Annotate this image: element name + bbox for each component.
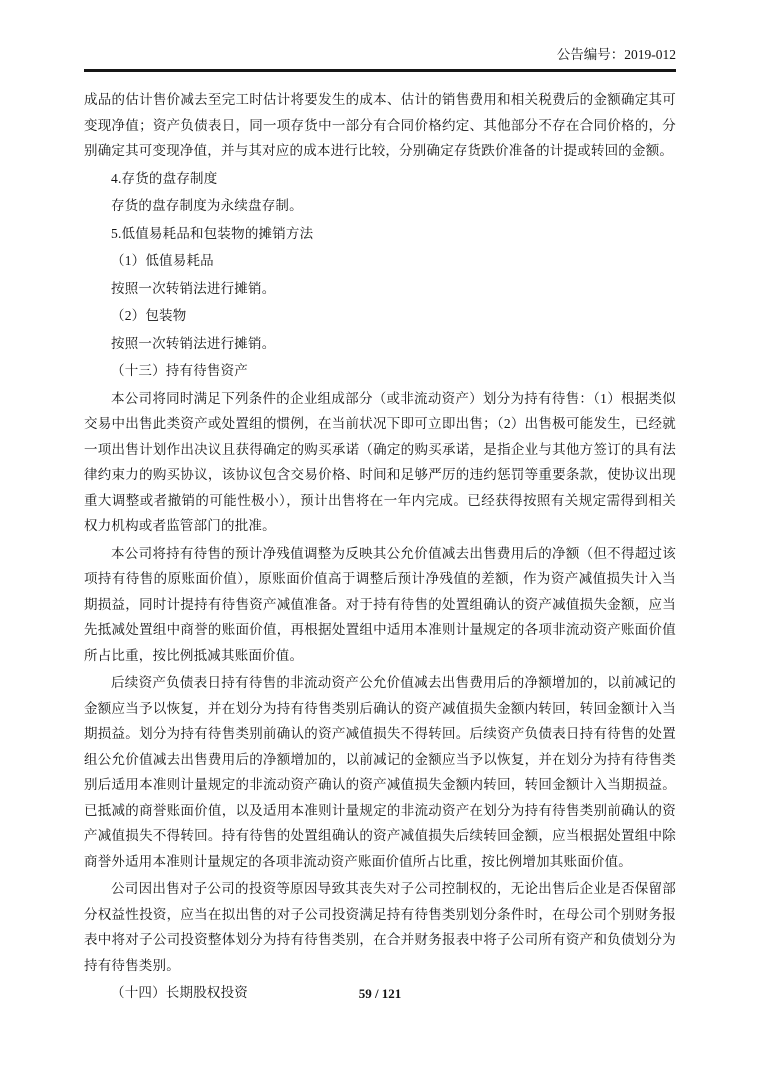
page-header: 公告编号：2019-012 — [84, 46, 676, 72]
paragraph-held-for-sale-criteria: 本公司将同时满足下列条件的企业组成部分（或非流动资产）划分为持有待售：（1）根据… — [84, 386, 676, 539]
page-number: 59 / 121 — [359, 986, 402, 1001]
page-footer: 59 / 121 — [0, 985, 760, 1003]
announcement-number: 公告编号：2019-012 — [84, 46, 676, 63]
heading-5-amortization-method: 5.低值易耗品和包装物的摊销方法 — [84, 221, 676, 247]
paragraph-one-time-writeoff-packaging: 按照一次转销法进行摊销。 — [84, 331, 676, 357]
header-divider — [84, 69, 676, 72]
subheading-1-low-value-consumables: （1）低值易耗品 — [84, 248, 676, 274]
subheading-2-packaging-materials: （2）包装物 — [84, 303, 676, 329]
paragraph-held-for-sale-impairment: 本公司将持有待售的预计净残值调整为反映其公允价值减去出售费用后的净额（但不得超过… — [84, 541, 676, 669]
paragraph-continuation-inventory-nrv: 成品的估计售价减去至完工时估计将要发生的成本、估计的销售费用和相关税费后的金额确… — [84, 87, 676, 164]
document-body: 成品的估计售价减去至完工时估计将要发生的成本、估计的销售费用和相关税费后的金额确… — [84, 87, 676, 1006]
heading-13-held-for-sale-assets: （十三）持有待售资产 — [84, 358, 676, 384]
paragraph-one-time-writeoff-consumables: 按照一次转销法进行摊销。 — [84, 276, 676, 302]
document-page: 公告编号：2019-012 成品的估计售价减去至完工时估计将要发生的成本、估计的… — [0, 0, 760, 1075]
paragraph-held-for-sale-reversal: 后续资产负债表日持有待售的非流动资产公允价值减去出售费用后的净额增加的，以前减记… — [84, 670, 676, 874]
paragraph-perpetual-inventory: 存货的盘存制度为永续盘存制。 — [84, 193, 676, 219]
heading-4-inventory-system: 4.存货的盘存制度 — [84, 166, 676, 192]
paragraph-subsidiary-disposal: 公司因出售对子公司的投资等原因导致其丧失对子公司控制权的，无论出售后企业是否保留… — [84, 876, 676, 978]
